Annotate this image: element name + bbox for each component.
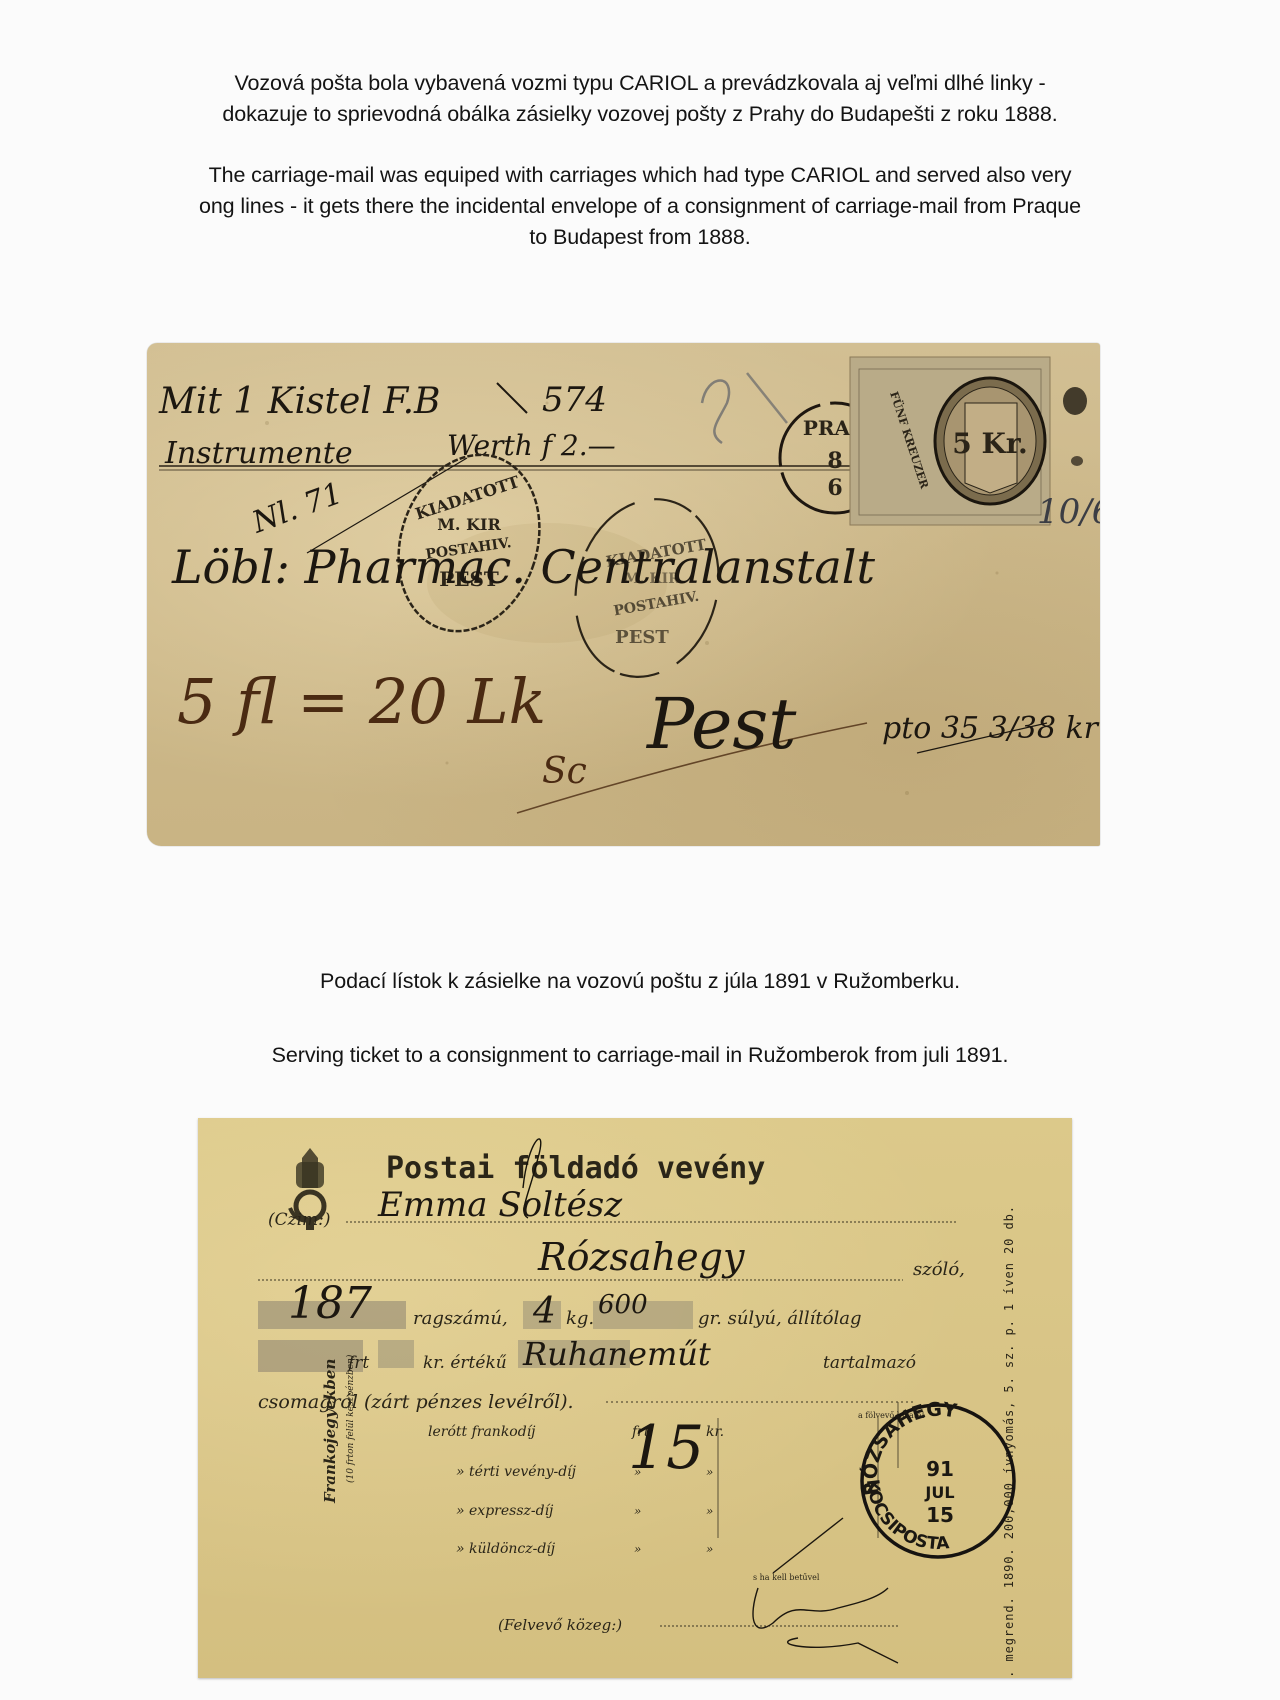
czim-value: Emma Soltész [377, 1185, 623, 1225]
envelope-contents: Instrumente [164, 436, 353, 471]
svg-text:91: 91 [926, 1457, 954, 1481]
signature-handwritten [753, 1518, 898, 1663]
caption-line: The carriage-mail was equiped with carri… [0, 160, 1280, 191]
contents-value: Ruhaneműt [522, 1335, 711, 1373]
contents-label: tartalmazó [823, 1353, 916, 1373]
envelope-value: Werth f 2.— [447, 429, 616, 462]
ragszam-label: ragszámú, [413, 1308, 508, 1329]
fee-handwritten-amount: 15 [628, 1413, 704, 1483]
szolo-label: szóló, [913, 1259, 965, 1280]
signature-label: (Felvevő közeg:) [498, 1616, 622, 1634]
ragszam-value: 187 [288, 1278, 372, 1329]
svg-text:» expressz-díj: » expressz-díj [456, 1503, 554, 1519]
signature-note: s ha kell betűvel [753, 1573, 820, 1582]
svg-text:lerótt frankodíj: lerótt frankodíj [428, 1424, 536, 1440]
svg-text:M. KIR: M. KIR [437, 515, 501, 534]
envelope-fraction: 10/6 [1037, 492, 1100, 532]
svg-text:PEST: PEST [615, 627, 669, 648]
fee-table: lerótt frankodíj frt kr. » térti vevény-… [428, 1413, 878, 1557]
caption-bottom-english: Serving ticket to a consignment to carri… [0, 1040, 1280, 1071]
caption-top-english: The carriage-mail was equiped with carri… [0, 160, 1280, 253]
side-sub: (10 frton felül készpénzben) [345, 1354, 356, 1483]
svg-text:15: 15 [926, 1503, 954, 1527]
svg-text:»: » [634, 1542, 641, 1556]
svg-text:JUL: JUL [924, 1483, 954, 1502]
svg-text:kr.: kr. [706, 1424, 724, 1440]
svg-text:»: » [706, 1504, 713, 1518]
postal-receipt-ticket: Postai földadó vevény (Czim:) Emma Solté… [198, 1118, 1072, 1678]
svg-text:» térti vevény-díj: » térti vevény-díj [456, 1464, 577, 1480]
svg-text:Sc: Sc [542, 751, 587, 792]
package-line: csomagról (zárt pénzes levélről). [258, 1391, 574, 1413]
kg-label: kg. [566, 1308, 594, 1329]
caption-line: Podací lístok k zásielke na vozovú poštu… [0, 966, 1280, 997]
side-title: Frankojegyekben [321, 1359, 339, 1504]
envelope-line1-number: 574 [542, 380, 607, 420]
svg-text:»: » [634, 1504, 641, 1518]
gr-value: 600 [598, 1290, 648, 1320]
envelope-line1: Mit 1 Kistel F.B [158, 381, 441, 422]
envelope-markings: Mit 1 Kistel F.B 574 Instrumente Werth f… [147, 343, 1100, 846]
envelope-address: Löbl: Pharmac. Centralanstalt [171, 540, 875, 594]
svg-text:8: 8 [827, 448, 842, 474]
carriage-mail-envelope: Mit 1 Kistel F.B 574 Instrumente Werth f… [147, 343, 1100, 846]
envelope-reference: Nl. 71 [247, 476, 347, 541]
caption-top-slovak: Vozová pošta bola vybavená vozmi typu CA… [0, 68, 1280, 130]
caption-line: to Budapest from 1888. [0, 222, 1280, 253]
svg-text:6: 6 [827, 475, 842, 501]
caption-line: Vozová pošta bola vybavená vozmi typu CA… [0, 68, 1280, 99]
caption-line: dokazuje to sprievodná obálka zásielky v… [0, 99, 1280, 130]
ticket-markings: Postai földadó vevény (Czim:) Emma Solté… [198, 1118, 1072, 1678]
ticket-title: Postai földadó vevény [386, 1151, 765, 1186]
envelope-destination: Pest [645, 683, 797, 765]
caption-bottom-slovak: Podací lístok k zásielke na vozovú poštu… [0, 966, 1280, 997]
place-value: Rózsahegy [537, 1235, 745, 1279]
value-label: kr. értékű [423, 1353, 507, 1373]
czim-label: (Czim:) [268, 1210, 331, 1230]
envelope-postage-note: pto 35 3/38 kr [882, 711, 1100, 746]
svg-text:»: » [706, 1542, 713, 1556]
envelope-amount: 5 fl = 20 Lk [177, 665, 546, 738]
svg-text:»: » [706, 1465, 713, 1479]
svg-text:» küldöncz-díj: » küldöncz-díj [456, 1541, 556, 1557]
caption-line: Serving ticket to a consignment to carri… [0, 1040, 1280, 1071]
kg-value: 4 [532, 1291, 556, 1332]
caption-line: ong lines - it gets there the incidental… [0, 191, 1280, 222]
svg-text:5 Kr.: 5 Kr. [952, 427, 1028, 460]
weight-label: gr. súlyú, állítólag [698, 1308, 861, 1329]
rozsahegy-kocsiposta-postmark: RÓZSAHEGY KOCSIPOSTA 91 JUL 15 [857, 1398, 1014, 1557]
